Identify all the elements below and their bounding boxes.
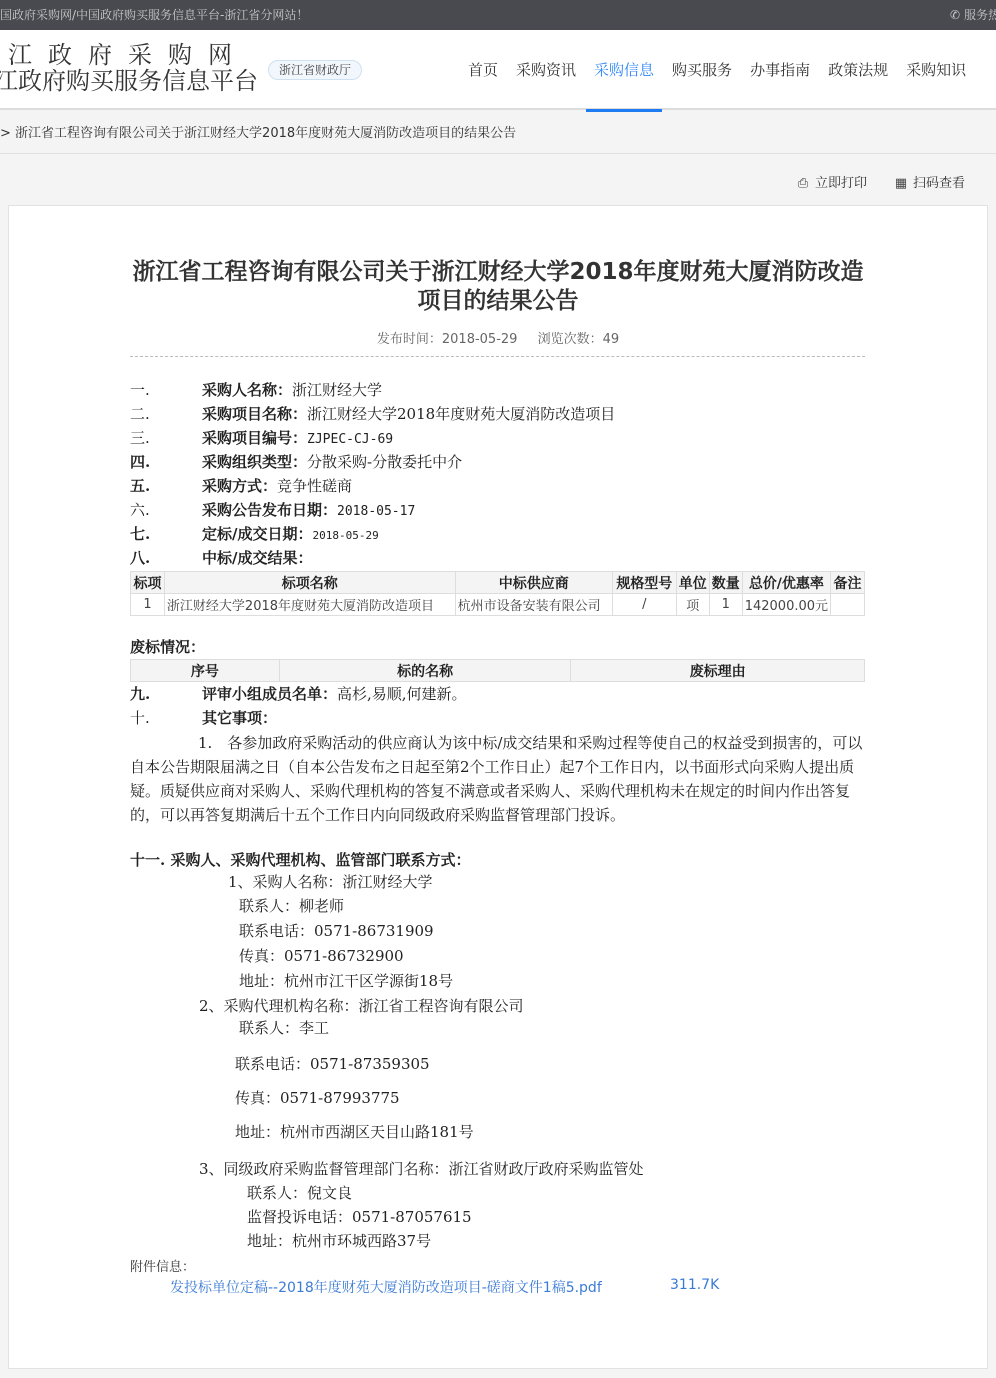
breadcrumb-current: 浙江省工程咨询有限公司关于浙江财经大学2018年度财苑大厦消防改造项目的结果公告 [15,126,516,141]
col-reason: 废标理由 [571,660,865,682]
item-label: 采购方式： [202,477,277,495]
other-matters-paragraph: 1. 各参加政府采购活动的供应商认为该中标/成交结果和采购过程等使自己的权益受到… [130,731,865,827]
cell-qty: 1 [709,594,742,616]
top-bar: 国政府采购网/中国政府购买服务信息平台-浙江省分网站！ ✆服务热线 [0,0,996,30]
logo-title[interactable]: 江政府采购网 [8,42,248,68]
scan-qr-button[interactable]: ▦扫码查看 [893,172,965,191]
qr-code-icon: ▦ [893,176,909,191]
col-remark: 备注 [831,572,865,594]
col-lot-name: 标项名称 [164,572,455,594]
cell-supplier: 杭州市设备安装有限公司 [455,594,612,616]
item-procurement-method: 五.采购方式：竞争性磋商 [130,476,352,496]
item-number: 八. [130,548,202,568]
nav-purchase-service[interactable]: 购买服务 [664,30,740,110]
col-seq: 序号 [131,660,280,682]
publish-time: 发布时间：2018-05-29 [377,332,518,347]
nav-policy[interactable]: 政策法规 [820,30,896,110]
item-number: 四. [130,452,202,472]
col-lot: 标项 [131,572,165,594]
print-button[interactable]: ⎙立即打印 [795,172,867,191]
item-organization-type: 四.采购组织类型：分散采购-分散委托中介 [130,452,462,472]
col-spec: 规格型号 [612,572,676,594]
attachment-label: 附件信息： [130,1256,195,1275]
item-buyer-name: 一.采购人名称：浙江财经大学 [130,380,382,400]
department-badge[interactable]: 浙江省财政厅 [268,60,362,80]
agency-fax: 传真：0571-87993775 [235,1088,400,1108]
item-label: 其它事项： [202,709,277,727]
table-row: 1 浙江财经大学2018年度财苑大厦消防改造项目 杭州市设备安装有限公司 / 项… [131,594,865,616]
item-number: 三. [130,428,202,448]
nav-procurement-info[interactable]: 采购信息 [586,30,662,110]
nav-guide[interactable]: 办事指南 [742,30,818,110]
item-number: 六. [130,500,202,520]
award-result-table: 标项 标项名称 中标供应商 规格型号 单位 数量 总价/优惠率 备注 1 浙江财… [130,571,865,616]
item-value: 高杉,易顺,何建新。 [337,685,467,703]
scan-label: 扫码查看 [913,176,965,191]
agency-phone: 联系电话：0571-87359305 [235,1054,430,1074]
buyer-address: 地址：杭州市江干区学源街18号 [239,971,453,991]
item-value: 2018-05-17 [337,504,415,519]
item-label: 采购组织类型： [202,453,307,471]
printer-icon: ⎙ [795,176,811,191]
nav-knowledge[interactable]: 采购知识 [898,30,974,110]
item-number: 十. [130,708,202,728]
item-label: 评审小组成员名单： [202,685,337,703]
cell-remark [831,594,865,616]
supervisor-person: 联系人：倪文良 [247,1183,352,1203]
item-label: 采购项目名称： [202,405,307,423]
view-count: 浏览次数：49 [538,332,620,347]
buyer-name: 1、采购人名称：浙江财经大学 [228,872,433,892]
agency-name: 2、采购代理机构名称：浙江省工程咨询有限公司 [199,996,524,1016]
breadcrumb: > 浙江省工程咨询有限公司关于浙江财经大学2018年度财苑大厦消防改造项目的结果… [0,122,516,141]
item-project-name: 二.采购项目名称：浙江财经大学2018年度财苑大厦消防改造项目 [130,404,615,424]
item-number: 七. [130,524,202,544]
item-number: 九. [130,684,202,704]
hotline-label: 服务热线 [964,8,996,22]
buyer-fax: 传真：0571-86732900 [239,946,404,966]
supervisor-address: 地址：杭州市环城西路37号 [247,1231,431,1251]
welcome-text: 国政府采购网/中国政府购买服务信息平台-浙江省分网站！ [0,0,308,30]
abandoned-table: 序号 标的名称 废标理由 [130,659,865,682]
phone-icon: ✆ [950,0,964,30]
item-other-matters: 十.其它事项： [130,708,277,728]
service-hotline[interactable]: ✆服务热线 [950,0,996,30]
item-award-date: 七.定标/成交日期：2018-05-29 [130,524,379,546]
supervisor-name: 3、同级政府采购监督管理部门名称：浙江省财政厅政府采购监管处 [199,1159,644,1179]
cell-unit: 项 [676,594,709,616]
cell-total: 142000.00元 [742,594,830,616]
article-title: 浙江省工程咨询有限公司关于浙江财经大学2018年度财苑大厦消防改造项目的结果公告 [122,258,874,316]
attachment-size: 311.7K [670,1277,719,1293]
abandoned-label: 废标情况： [130,637,205,657]
attachment-link[interactable]: 发投标单位定稿--2018年度财苑大厦消防改造项目-磋商文件1稿5.pdf [170,1277,602,1297]
item-number: 一. [130,380,202,400]
table-header-row: 标项 标项名称 中标供应商 规格型号 单位 数量 总价/优惠率 备注 [131,572,865,594]
col-item-name: 标的名称 [279,660,571,682]
item-review-panel: 九.评审小组成员名单：高杉,易顺,何建新。 [130,684,467,704]
item-award-result: 八.中标/成交结果： [130,548,312,568]
item-announce-date: 六.采购公告发布日期：2018-05-17 [130,500,415,522]
buyer-person: 联系人：柳老师 [239,896,344,916]
item-label: 定标/成交日期： [202,525,312,543]
logo-subtitle[interactable]: 江政府购买服务信息平台 [0,67,258,95]
col-supplier: 中标供应商 [455,572,612,594]
cell-spec: / [612,594,676,616]
paragraph-text: 1. 各参加政府采购活动的供应商认为该中标/成交结果和采购过程等使自己的权益受到… [130,734,862,824]
item-value: 2018-05-29 [312,529,378,542]
item-number: 五. [130,476,202,496]
divider [0,153,996,154]
nav-news[interactable]: 采购资讯 [508,30,584,110]
buyer-phone: 联系电话：0571-86731909 [239,921,434,941]
item-project-number: 三.采购项目编号：ZJPEC-CJ-69 [130,428,393,450]
item-value: 浙江财经大学 [292,381,382,399]
nav-home[interactable]: 首页 [460,30,506,110]
dotted-divider [130,356,865,357]
item-label: 采购人名称： [202,381,292,399]
item-label: 采购项目编号： [202,429,307,447]
item-value: 浙江财经大学2018年度财苑大厦消防改造项目 [307,405,615,423]
col-total: 总价/优惠率 [742,572,830,594]
item-value: 竞争性磋商 [277,477,352,495]
col-unit: 单位 [676,572,709,594]
site-header: 江政府采购网 江政府购买服务信息平台 浙江省财政厅 首页 采购资讯 采购信息 购… [0,30,996,110]
print-label: 立即打印 [815,176,867,191]
item-label: 中标/成交结果： [202,549,312,567]
item-number: 二. [130,404,202,424]
breadcrumb-separator: > [0,126,11,141]
item-label: 采购公告发布日期： [202,501,337,519]
article-meta: 发布时间：2018-05-29 浏览次数：49 [122,328,874,347]
item-value: ZJPEC-CJ-69 [307,432,393,447]
item-value: 分散采购-分散委托中介 [307,453,462,471]
agency-address: 地址：杭州市西湖区天目山路181号 [235,1122,474,1142]
cell-lot: 1 [131,594,165,616]
cell-lot-name: 浙江财经大学2018年度财苑大厦消防改造项目 [164,594,455,616]
agency-person: 联系人：李工 [239,1018,329,1038]
supervisor-phone: 监督投诉电话：0571-87057615 [247,1207,472,1227]
table-header-row: 序号 标的名称 废标理由 [131,660,865,682]
main-nav: 首页 采购资讯 采购信息 购买服务 办事指南 政策法规 采购知识 [460,30,976,110]
item-contacts-heading: 十一. 采购人、采购代理机构、监管部门联系方式： [130,850,470,870]
col-qty: 数量 [709,572,742,594]
